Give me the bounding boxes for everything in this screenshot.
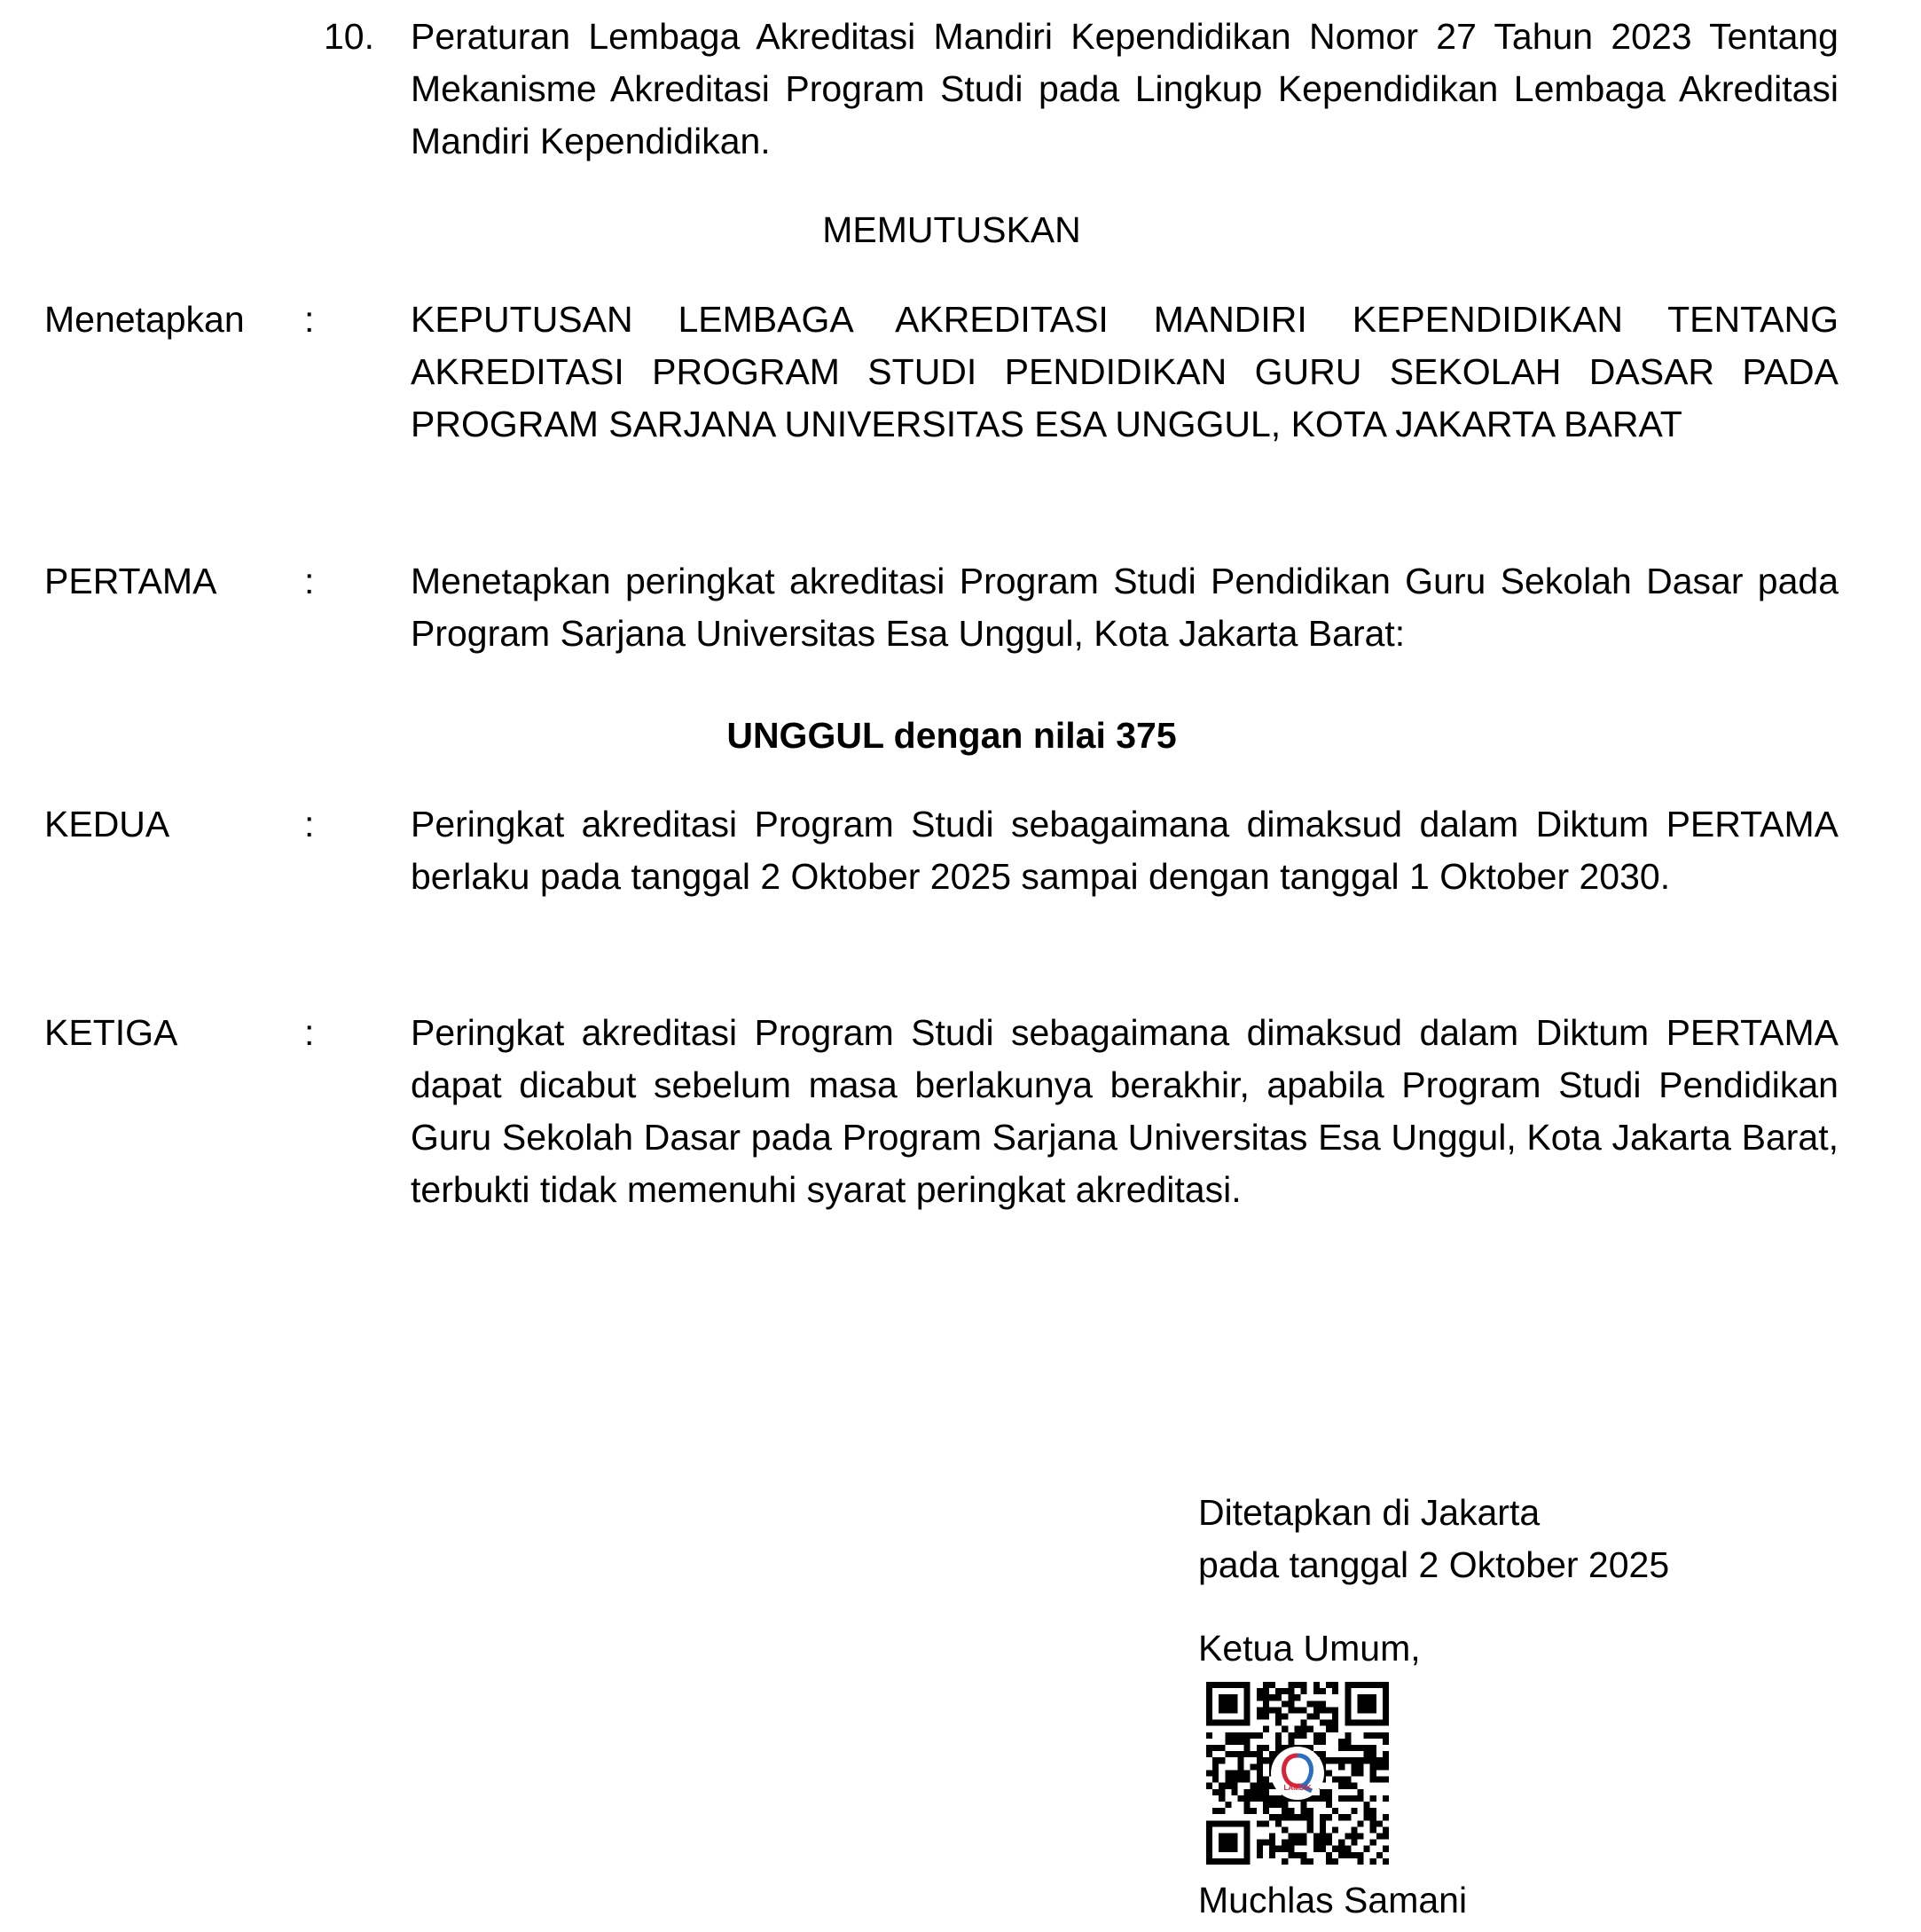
signature-date: pada tanggal 2 Oktober 2025 xyxy=(1198,1539,1669,1591)
list-item-number: 10. xyxy=(324,11,374,63)
clause-text-pertama: Menetapkan peringkat akreditasi Program … xyxy=(411,555,1839,660)
accreditation-result: UNGGUL dengan nilai 375 xyxy=(0,710,1903,762)
clause-text-ketiga: Peringkat akreditasi Program Studi sebag… xyxy=(411,1007,1839,1216)
lamdik-logo-icon: LAMDIK xyxy=(1271,1747,1324,1800)
clause-separator: : xyxy=(304,555,314,608)
clause-label-pertama: PERTAMA xyxy=(44,555,216,608)
lamdik-logo-text: LAMDIK xyxy=(1271,1784,1324,1793)
signature-place: Ditetapkan di Jakarta xyxy=(1198,1487,1540,1539)
clause-separator: : xyxy=(304,294,314,346)
clause-separator: : xyxy=(304,1007,314,1059)
clause-text-kedua: Peringkat akreditasi Program Studi sebag… xyxy=(411,798,1839,903)
clause-label-ketiga: KETIGA xyxy=(44,1007,177,1059)
qr-code-signature[interactable]: LAMDIK xyxy=(1206,1682,1389,1865)
consideration-item-text: Peraturan Lembaga Akreditasi Mandiri Kep… xyxy=(411,11,1839,168)
clause-label-kedua: KEDUA xyxy=(44,798,169,851)
signatory-name: Muchlas Samani xyxy=(1198,1874,1467,1927)
signature-position: Ketua Umum, xyxy=(1198,1622,1421,1675)
clause-text-menetapkan: KEPUTUSAN LEMBAGA AKREDITASI MANDIRI KEP… xyxy=(411,294,1839,451)
decision-heading: MEMUTUSKAN xyxy=(0,204,1903,256)
clause-label-menetapkan: Menetapkan xyxy=(44,294,245,346)
clause-separator: : xyxy=(304,798,314,851)
